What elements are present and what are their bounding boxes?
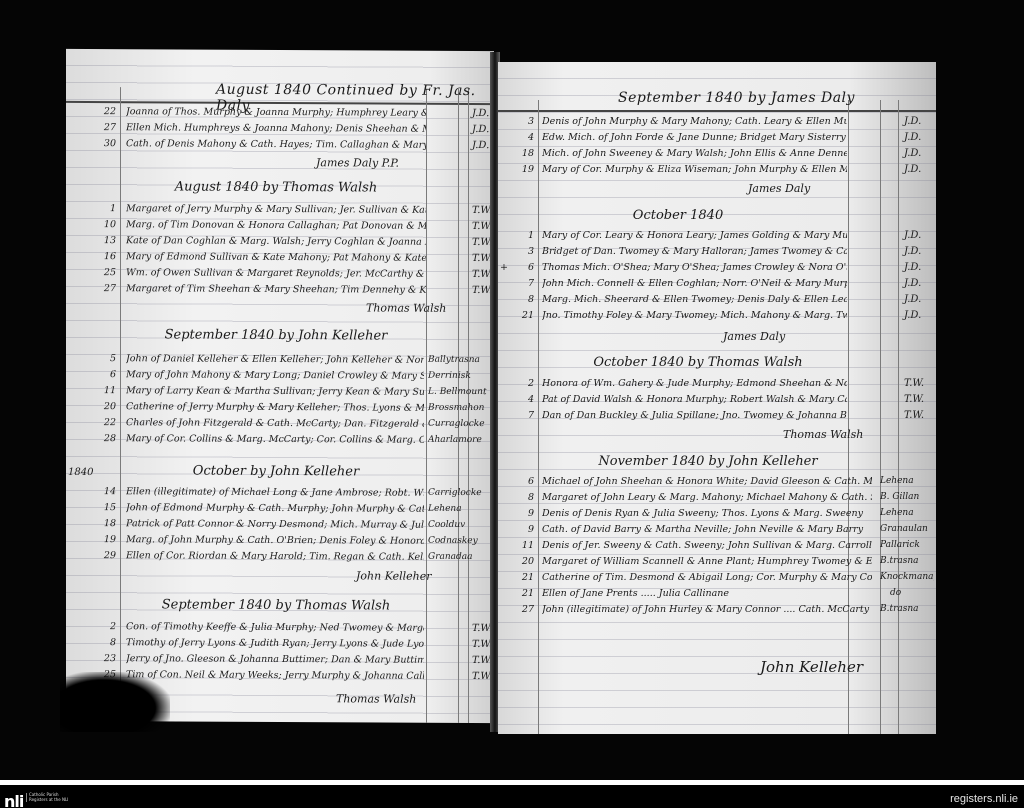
entry-text: Wm. of Owen Sullivan & Margaret Reynolds…: [126, 267, 426, 280]
register-entry: 27 John (illegitimate) of John Hurley & …: [498, 604, 936, 620]
entry-day: 4: [512, 132, 534, 143]
entry-text: Mary of Cor. Murphy & Eliza Wiseman; Joh…: [542, 164, 847, 175]
register-entry: 18 Mich. of John Sweeney & Mary Walsh; J…: [498, 148, 936, 164]
entry-place: Ballytrasna: [428, 355, 488, 365]
entry-day: 4: [512, 394, 534, 405]
signature: Thomas Walsh: [336, 692, 416, 705]
section-title: October 1840: [578, 208, 778, 223]
register-entry: 7 John Mich. Connell & Ellen Coghlan; No…: [498, 278, 936, 294]
entry-text: Marg. of Tim Donovan & Honora Callaghan;…: [126, 219, 426, 232]
page-header: September 1840 by James Daly: [618, 90, 855, 106]
entry-text: Dan of Dan Buckley & Julia Spillane; Jno…: [542, 410, 847, 421]
entry-officiant: J.D.: [472, 124, 489, 135]
entry-text: Bridget of Dan. Twomey & Mary Halloran; …: [542, 246, 847, 257]
entry-day: 6: [94, 369, 116, 380]
left-page: August 1840 Continued by Fr. Jas. Daly 2…: [66, 49, 494, 723]
entry-day: 21: [512, 310, 534, 321]
entry-day: 7: [512, 278, 534, 289]
entry-day: 27: [94, 283, 116, 294]
entry-day: 21: [512, 588, 534, 599]
entry-officiant: J.D.: [472, 108, 489, 119]
register-entry: 20 Margaret of William Scannell & Anne P…: [498, 556, 936, 572]
entry-text: John of Daniel Kelleher & Ellen Kelleher…: [126, 353, 424, 366]
entry-text: Ellen of Jane Prents ..... Julia Callina…: [542, 588, 872, 599]
entry-place: Codnaskey: [428, 536, 488, 546]
entry-officiant: J.D.: [904, 148, 921, 159]
entry-text: John (illegitimate) of John Hurley & Mar…: [542, 604, 872, 615]
register-entry: 8 Marg. Mich. Sheerard & Ellen Twomey; D…: [498, 294, 936, 310]
register-entry: 2 Honora of Wm. Gahery & Jude Murphy; Ed…: [498, 378, 936, 394]
register-entry: 4 Edw. Mich. of John Forde & Jane Dunne;…: [498, 132, 936, 148]
entry-text: Patrick of Patt Connor & Norry Desmond; …: [126, 518, 424, 531]
year-margin-note: 1840: [68, 467, 93, 478]
entry-text: Honora of Wm. Gahery & Jude Murphy; Edmo…: [542, 378, 847, 389]
register-entry: 21 Catherine of Tim. Desmond & Abigail L…: [498, 572, 936, 588]
entry-place: Granadaa: [428, 552, 488, 562]
entry-day: 25: [94, 267, 116, 278]
register-entry: 27 Margaret of Tim Sheehan & Mary Sheeha…: [66, 283, 494, 301]
section-title: November 1840 by John Kelleher: [578, 454, 838, 469]
signature: John Kelleher: [760, 658, 863, 676]
entry-place: L. Bellmount: [428, 387, 488, 397]
entry-place: B.trasna: [880, 556, 934, 566]
entry-text: Margaret of Tim Sheehan & Mary Sheehan; …: [126, 283, 426, 296]
signature: Thomas Walsh: [783, 428, 863, 441]
entry-text: Thomas Mich. O'Shea; Mary O'Shea; James …: [542, 262, 847, 273]
entry-place: Lehena: [880, 508, 934, 518]
entry-place: Aharlamore: [428, 435, 488, 445]
entry-text: Margaret of William Scannell & Anne Plan…: [542, 556, 872, 567]
entry-day: 2: [512, 378, 534, 389]
register-entry: 30 Cath. of Denis Mahony & Cath. Hayes; …: [66, 138, 494, 156]
entry-text: Cath. of David Barry & Martha Neville; J…: [542, 524, 872, 535]
entry-day: 22: [94, 106, 116, 117]
register-entry: 29 Ellen of Cor. Riordan & Mary Harold; …: [66, 550, 494, 568]
entry-day: 21: [512, 572, 534, 583]
entry-text: John Mich. Connell & Ellen Coghlan; Norr…: [542, 278, 847, 289]
entry-day: 18: [512, 148, 534, 159]
entry-text: Mich. of John Sweeney & Mary Walsh; John…: [542, 148, 847, 159]
entry-place: Derrinisk: [428, 371, 488, 381]
entry-officiant: J.D.: [904, 116, 921, 127]
entry-day: 11: [94, 385, 116, 396]
signature: James Daly: [748, 182, 810, 195]
site-url-link[interactable]: registers.nli.ie: [950, 793, 1018, 805]
register-entry: 4 Pat of David Walsh & Honora Murphy; Ro…: [498, 394, 936, 410]
entry-day: 5: [94, 353, 116, 364]
register-entry: 21 Ellen of Jane Prents ..... Julia Call…: [498, 588, 936, 604]
entry-text: Tim of Con. Neil & Mary Weeks; Jerry Mur…: [126, 669, 424, 682]
entry-day: 20: [512, 556, 534, 567]
entry-text: Mary of Edmond Sullivan & Kate Mahony; P…: [126, 251, 426, 264]
entry-text: Catherine of Tim. Desmond & Abigail Long…: [542, 572, 872, 583]
section-title: September 1840 by Thomas Walsh: [146, 597, 406, 613]
entry-officiant: J.D.: [904, 294, 921, 305]
header-rule: [498, 110, 936, 112]
entry-text: Marg. of John Murphy & Cath. O'Brien; De…: [126, 534, 424, 547]
footer-bar: nli Catholic Parish Registers at the NLI…: [0, 780, 1024, 808]
register-entry: 9 Cath. of David Barry & Martha Neville;…: [498, 524, 936, 540]
entry-officiant: T.W.: [904, 378, 924, 389]
entry-place: Carriglocke: [428, 488, 488, 498]
entry-day: 18: [94, 518, 116, 529]
register-entry: 3 Denis of John Murphy & Mary Mahony; Ca…: [498, 116, 936, 132]
entry-place: do: [890, 588, 934, 598]
register-entry: 1 Mary of Cor. Leary & Honora Leary; Jam…: [498, 230, 936, 246]
entry-text: Timothy of Jerry Lyons & Judith Ryan; Je…: [126, 637, 424, 650]
entry-day: 2: [94, 621, 116, 632]
entry-text: Mary of Larry Kean & Martha Sullivan; Je…: [126, 385, 424, 398]
entry-place: Curraglocke: [428, 419, 488, 429]
register-entry: 3 Bridget of Dan. Twomey & Mary Halloran…: [498, 246, 936, 262]
entry-day: 30: [94, 138, 116, 149]
entry-text: Pat of David Walsh & Honora Murphy; Robe…: [542, 394, 847, 405]
entry-day: 1: [512, 230, 534, 241]
entry-text: Denis of Jer. Sweeny & Cath. Sweeny; Joh…: [542, 540, 872, 551]
entry-place: B. Gillan: [880, 492, 934, 502]
entry-officiant: J.D.: [472, 140, 489, 151]
entry-place: B.trasna: [880, 604, 934, 614]
entry-day: 16: [94, 251, 116, 262]
entry-officiant: J.D.: [904, 132, 921, 143]
entry-day: 27: [512, 604, 534, 615]
entry-text: John of Edmond Murphy & Cath. Murphy; Jo…: [126, 502, 424, 515]
entry-day: 23: [94, 653, 116, 664]
register-entry: 7 Dan of Dan Buckley & Julia Spillane; J…: [498, 410, 936, 426]
signature: John Kelleher: [356, 569, 432, 582]
entry-day: 9: [512, 524, 534, 535]
register-entry: + 6 Thomas Mich. O'Shea; Mary O'Shea; Ja…: [498, 262, 936, 278]
entry-day: 6: [512, 262, 534, 273]
signature: James Daly: [723, 330, 785, 343]
entry-text: Margaret of John Leary & Marg. Mahony; M…: [542, 492, 872, 503]
entry-text: Jerry of Jno. Gleeson & Johanna Buttimer…: [126, 653, 424, 666]
entry-day: 8: [512, 294, 534, 305]
section-title: October by John Kelleher: [146, 463, 406, 479]
entry-day: 3: [512, 246, 534, 257]
entry-text: Charles of John Fitzgerald & Cath. McCar…: [126, 417, 424, 430]
entry-place: Lehena: [428, 504, 488, 514]
entry-text: Michael of John Sheehan & Honora White; …: [542, 476, 872, 487]
entry-place: Coolduv: [428, 520, 488, 530]
register-entry: 11 Denis of Jer. Sweeny & Cath. Sweeny; …: [498, 540, 936, 556]
entry-officiant: J.D.: [904, 262, 921, 273]
entry-text: Kate of Dan Coghlan & Marg. Walsh; Jerry…: [126, 235, 426, 248]
entry-text: Joanna of Thos. Murphy & Joanna Murphy; …: [126, 106, 426, 119]
entry-text: Mary of Cor. Leary & Honora Leary; James…: [542, 230, 847, 241]
entry-day: 14: [94, 486, 116, 497]
entry-place: Pallarick: [880, 540, 934, 550]
entry-day: 15: [94, 502, 116, 513]
entry-place: Granaulan: [880, 524, 934, 534]
entry-day: 19: [512, 164, 534, 175]
entry-officiant: J.D.: [904, 164, 921, 175]
entry-place: Brossmahon: [428, 403, 488, 413]
cross-mark: +: [498, 262, 508, 273]
entry-day: 28: [94, 433, 116, 444]
right-page: September 1840 by James Daly 3 Denis of …: [498, 62, 936, 734]
entry-day: 20: [94, 401, 116, 412]
entry-text: Denis of John Murphy & Mary Mahony; Cath…: [542, 116, 847, 127]
entry-day: 9: [512, 508, 534, 519]
register-entry: 6 Michael of John Sheehan & Honora White…: [498, 476, 936, 492]
entry-officiant: J.D.: [904, 310, 921, 321]
nli-logo: nli: [4, 792, 23, 808]
signature: Thomas Walsh: [366, 301, 446, 314]
entry-day: 11: [512, 540, 534, 551]
entry-officiant: J.D.: [904, 230, 921, 241]
entry-day: 6: [512, 476, 534, 487]
thumb-shadow: [60, 672, 170, 732]
logo-subtitle: Catholic Parish Registers at the NLI: [26, 793, 69, 802]
register-entry: 8 Margaret of John Leary & Marg. Mahony;…: [498, 492, 936, 508]
section-title: October 1840 by Thomas Walsh: [578, 355, 818, 370]
entry-day: 13: [94, 235, 116, 246]
entry-officiant: T.W.: [904, 394, 924, 405]
entry-day: 19: [94, 534, 116, 545]
entry-text: Con. of Timothy Keeffe & Julia Murphy; N…: [126, 621, 424, 634]
signature: James Daly P.P.: [316, 156, 399, 169]
entry-day: 3: [512, 116, 534, 127]
section-title: September 1840 by John Kelleher: [146, 327, 406, 343]
register-entry: 28 Mary of Cor. Collins & Marg. McCarty;…: [66, 433, 494, 451]
entry-text: Mary of Cor. Collins & Marg. McCarty; Co…: [126, 433, 424, 446]
entry-day: 7: [512, 410, 534, 421]
entry-day: 10: [94, 219, 116, 230]
entry-text: Jno. Timothy Foley & Mary Twomey; Mich. …: [542, 310, 847, 321]
entry-text: Ellen (illegitimate) of Michael Long & J…: [126, 486, 424, 499]
section-title: August 1840 by Thomas Walsh: [146, 179, 406, 195]
entry-officiant: J.D.: [904, 246, 921, 257]
register-scan: August 1840 Continued by Fr. Jas. Daly 2…: [0, 0, 1024, 780]
entry-text: Marg. Mich. Sheerard & Ellen Twomey; Den…: [542, 294, 847, 305]
register-entry: 19 Mary of Cor. Murphy & Eliza Wiseman; …: [498, 164, 936, 180]
entry-day: 8: [512, 492, 534, 503]
entry-text: Edw. Mich. of John Forde & Jane Dunne; B…: [542, 132, 847, 143]
entry-text: Denis of Denis Ryan & Julia Sweeny; Thos…: [542, 508, 872, 519]
entry-text: Margaret of Jerry Murphy & Mary Sullivan…: [126, 203, 426, 216]
register-entry: 9 Denis of Denis Ryan & Julia Sweeny; Th…: [498, 508, 936, 524]
entry-officiant: J.D.: [904, 278, 921, 289]
entry-text: Cath. of Denis Mahony & Cath. Hayes; Tim…: [126, 138, 426, 151]
entry-text: Catherine of Jerry Murphy & Mary Kellehe…: [126, 401, 424, 414]
entry-place: Knockmanagh: [880, 572, 934, 582]
register-entry: 21 Jno. Timothy Foley & Mary Twomey; Mic…: [498, 310, 936, 326]
entry-day: 29: [94, 550, 116, 561]
entry-day: 27: [94, 122, 116, 133]
entry-text: Mary of John Mahony & Mary Long; Daniel …: [126, 369, 424, 382]
entry-text: Ellen of Cor. Riordan & Mary Harold; Tim…: [126, 550, 424, 563]
entry-day: 8: [94, 637, 116, 648]
entry-day: 1: [94, 203, 116, 214]
entry-text: Ellen Mich. Humphreys & Joanna Mahony; D…: [126, 122, 426, 135]
entry-place: Lehena: [880, 476, 934, 486]
entry-day: 22: [94, 417, 116, 428]
entry-officiant: T.W.: [904, 410, 924, 421]
